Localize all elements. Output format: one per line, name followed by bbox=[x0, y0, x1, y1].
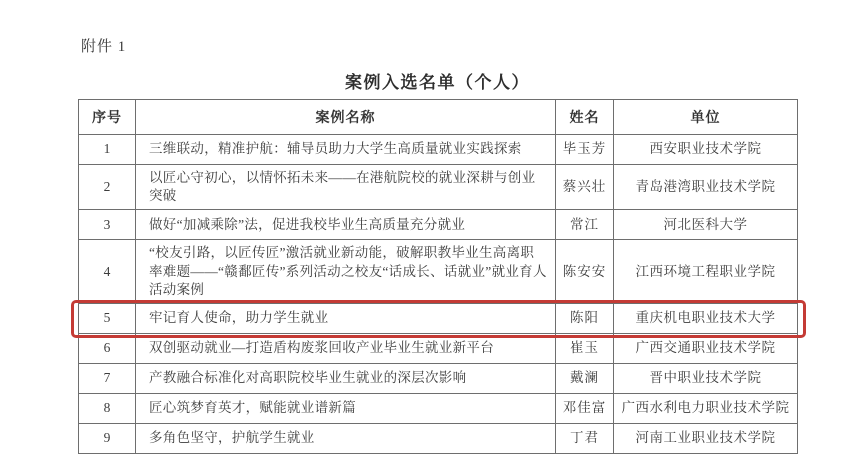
page-title: 案例入选名单（个人） bbox=[78, 68, 797, 93]
cell-unit: 广西交通职业技术学院 bbox=[614, 334, 798, 364]
attachment-label: 附件 1 bbox=[81, 35, 126, 56]
cell-unit: 河南工业职业技术学院 bbox=[614, 424, 798, 454]
cell-unit: 晋中职业技术学院 bbox=[614, 364, 798, 394]
cell-no: 7 bbox=[79, 364, 136, 394]
cell-name: 陈阳 bbox=[556, 304, 614, 334]
cell-no: 3 bbox=[79, 210, 136, 240]
column-header-no: 序号 bbox=[79, 100, 136, 135]
cell-name: 丁君 bbox=[556, 424, 614, 454]
table-row: 2以匠心守初心，以情怀拓未来——在港航院校的就业深耕与创业突破蔡兴壮青岛港湾职业… bbox=[79, 165, 798, 210]
cell-case: 三维联动，精准护航：辅导员助力大学生高质量就业实践探索 bbox=[136, 135, 556, 165]
column-header-name: 姓名 bbox=[556, 100, 614, 135]
cell-case: 多角色坚守，护航学生就业 bbox=[136, 424, 556, 454]
table-row: 3做好“加减乘除”法，促进我校毕业生高质量充分就业常江河北医科大学 bbox=[79, 210, 798, 240]
table-row: 4“校友引路，以匠传匠”激活就业新动能，破解职教毕业生高离职率难题——“赣鄱匠传… bbox=[79, 240, 798, 304]
cell-unit: 重庆机电职业技术大学 bbox=[614, 304, 798, 334]
cell-name: 邓佳富 bbox=[556, 394, 614, 424]
cell-case: 产教融合标准化对高职院校毕业生就业的深层次影响 bbox=[136, 364, 556, 394]
table-row: 6双创驱动就业—打造盾构废浆回收产业毕业生就业新平台崔玉广西交通职业技术学院 bbox=[79, 334, 798, 364]
cell-name: 崔玉 bbox=[556, 334, 614, 364]
cell-name: 毕玉芳 bbox=[556, 135, 614, 165]
cell-name: 陈安安 bbox=[556, 240, 614, 304]
cell-unit: 河北医科大学 bbox=[614, 210, 798, 240]
table-row: 9多角色坚守，护航学生就业丁君河南工业职业技术学院 bbox=[79, 424, 798, 454]
table-row: 5牢记育人使命，助力学生就业陈阳重庆机电职业技术大学 bbox=[79, 304, 798, 334]
cell-name: 常江 bbox=[556, 210, 614, 240]
cell-no: 2 bbox=[79, 165, 136, 210]
cell-no: 8 bbox=[79, 394, 136, 424]
cell-name: 戴澜 bbox=[556, 364, 614, 394]
table-row: 7产教融合标准化对高职院校毕业生就业的深层次影响戴澜晋中职业技术学院 bbox=[79, 364, 798, 394]
cell-unit: 青岛港湾职业技术学院 bbox=[614, 165, 798, 210]
cell-unit: 广西水利电力职业技术学院 bbox=[614, 394, 798, 424]
table-header-row: 序号 案例名称 姓名 单位 bbox=[79, 100, 798, 135]
column-header-unit: 单位 bbox=[614, 100, 798, 135]
cell-unit: 江西环境工程职业学院 bbox=[614, 240, 798, 304]
cell-no: 1 bbox=[79, 135, 136, 165]
cell-case: 牢记育人使命，助力学生就业 bbox=[136, 304, 556, 334]
cell-case: 双创驱动就业—打造盾构废浆回收产业毕业生就业新平台 bbox=[136, 334, 556, 364]
cell-case: 以匠心守初心，以情怀拓未来——在港航院校的就业深耕与创业突破 bbox=[136, 165, 556, 210]
cell-case: 做好“加减乘除”法，促进我校毕业生高质量充分就业 bbox=[136, 210, 556, 240]
document-page: 附件 1 案例入选名单（个人） 序号 案例名称 姓名 单位 1三维联动，精准护航… bbox=[0, 0, 844, 468]
cell-name: 蔡兴壮 bbox=[556, 165, 614, 210]
column-header-case: 案例名称 bbox=[136, 100, 556, 135]
table-row: 8匠心筑梦育英才，赋能就业谱新篇邓佳富广西水利电力职业技术学院 bbox=[79, 394, 798, 424]
case-table-body: 1三维联动，精准护航：辅导员助力大学生高质量就业实践探索毕玉芳西安职业技术学院2… bbox=[79, 135, 798, 454]
cell-case: 匠心筑梦育英才，赋能就业谱新篇 bbox=[136, 394, 556, 424]
cell-case: “校友引路，以匠传匠”激活就业新动能，破解职教毕业生高离职率难题——“赣鄱匠传”… bbox=[136, 240, 556, 304]
case-table: 序号 案例名称 姓名 单位 1三维联动，精准护航：辅导员助力大学生高质量就业实践… bbox=[78, 99, 798, 454]
cell-unit: 西安职业技术学院 bbox=[614, 135, 798, 165]
cell-no: 6 bbox=[79, 334, 136, 364]
cell-no: 5 bbox=[79, 304, 136, 334]
cell-no: 4 bbox=[79, 240, 136, 304]
cell-no: 9 bbox=[79, 424, 136, 454]
table-row: 1三维联动，精准护航：辅导员助力大学生高质量就业实践探索毕玉芳西安职业技术学院 bbox=[79, 135, 798, 165]
